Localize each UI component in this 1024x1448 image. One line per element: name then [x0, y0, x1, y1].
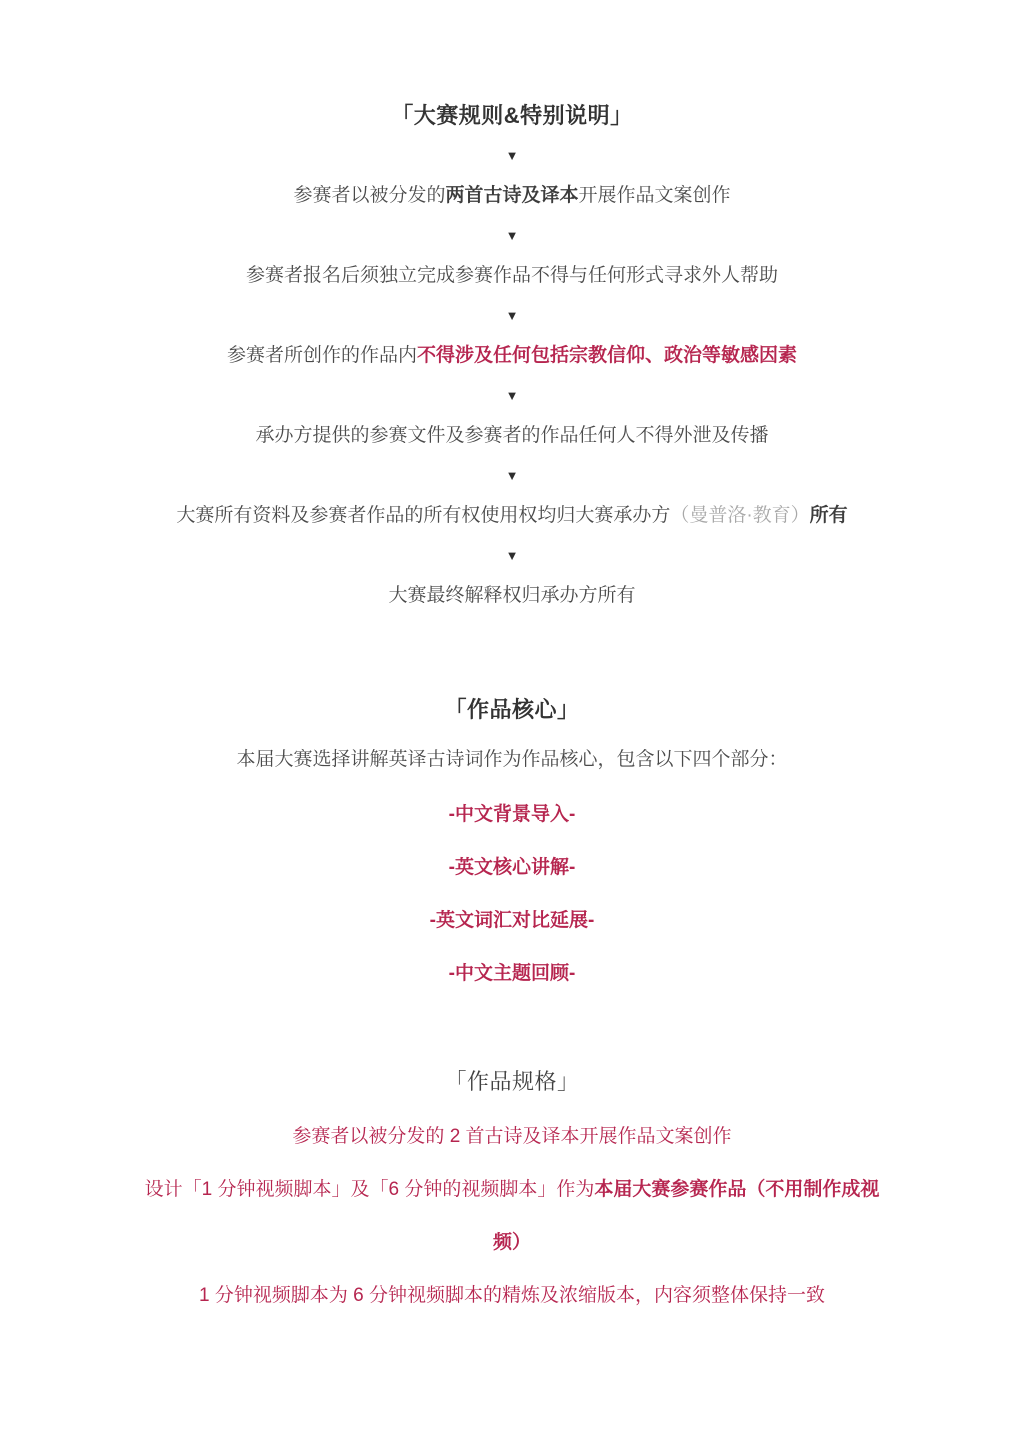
spec-line: 设计「1 分钟视频脚本」及「6 分钟的视频脚本」作为本届大赛参赛作品（不用制作成…	[132, 1163, 892, 1269]
core-item: -中文背景导入-	[132, 802, 892, 828]
rule-line: 参赛者报名后须独立完成参赛作品不得与任何形式寻求外人帮助	[132, 263, 892, 289]
rule-text-bold: 两首古诗及译本	[445, 185, 578, 206]
rule-text: 大赛所有资料及参赛者作品的所有权使用权均归大赛承办方	[176, 505, 670, 526]
rule-text-muted: （曼普洛·教育）	[670, 505, 809, 526]
down-arrow-icon: ▼	[132, 309, 892, 323]
rules-section-title: 「大赛规则&特别说明」	[132, 0, 892, 129]
spec-section-title: 「作品规格」	[132, 1069, 892, 1095]
rule-text: 大赛最终解释权归承办方所有	[388, 585, 635, 606]
rule-line: 承办方提供的参赛文件及参赛者的作品任何人不得外泄及传播	[132, 423, 892, 449]
down-arrow-icon: ▼	[132, 229, 892, 243]
core-section-title: 「作品核心」	[132, 697, 892, 723]
core-item: -英文词汇对比延展-	[132, 908, 892, 934]
rule-line: 大赛所有资料及参赛者作品的所有权使用权均归大赛承办方（曼普洛·教育）所有	[132, 503, 892, 529]
down-arrow-icon: ▼	[132, 469, 892, 483]
rule-text: 参赛者报名后须独立完成参赛作品不得与任何形式寻求外人帮助	[246, 265, 778, 286]
rule-text: 承办方提供的参赛文件及参赛者的作品任何人不得外泄及传播	[255, 425, 768, 446]
rule-text-red-bold: 不得涉及任何包括宗教信仰、政治等敏感因素	[417, 345, 797, 366]
down-arrow-icon: ▼	[132, 149, 892, 163]
down-arrow-icon: ▼	[132, 549, 892, 563]
spec-section: 「作品规格」 参赛者以被分发的 2 首古诗及译本开展作品文案创作 设计「1 分钟…	[132, 1069, 892, 1309]
rule-text: 参赛者以被分发的	[293, 185, 445, 206]
core-item: -英文核心讲解-	[132, 855, 892, 881]
article-content: 「大赛规则&特别说明」 ▼ 参赛者以被分发的两首古诗及译本开展作品文案创作 ▼ …	[132, 0, 892, 1309]
down-arrow-icon: ▼	[132, 389, 892, 403]
rules-section: 「大赛规则&特别说明」 ▼ 参赛者以被分发的两首古诗及译本开展作品文案创作 ▼ …	[132, 0, 892, 609]
spec-text: 设计「1 分钟视频脚本」及「6 分钟的视频脚本」作为	[145, 1179, 595, 1200]
core-intro-text: 本届大赛选择讲解英译古诗词作为作品核心，包含以下四个部分：	[132, 747, 892, 773]
rule-line: 参赛者所创作的作品内不得涉及任何包括宗教信仰、政治等敏感因素	[132, 343, 892, 369]
rule-text-bold: 所有	[810, 505, 848, 526]
core-item: -中文主题回顾-	[132, 961, 892, 987]
rule-text: 参赛者所创作的作品内	[227, 345, 417, 366]
rule-line: 大赛最终解释权归承办方所有	[132, 583, 892, 609]
article-page: 「大赛规则&特别说明」 ▼ 参赛者以被分发的两首古诗及译本开展作品文案创作 ▼ …	[0, 0, 1024, 1448]
rule-line: 参赛者以被分发的两首古诗及译本开展作品文案创作	[132, 183, 892, 209]
spec-line: 1 分钟视频脚本为 6 分钟视频脚本的精炼及浓缩版本，内容须整体保持一致	[132, 1283, 892, 1309]
spec-line: 参赛者以被分发的 2 首古诗及译本开展作品文案创作	[132, 1124, 892, 1150]
spec-text: 1 分钟视频脚本为 6 分钟视频脚本的精炼及浓缩版本，内容须整体保持一致	[199, 1285, 825, 1306]
core-section: 「作品核心」 本届大赛选择讲解英译古诗词作为作品核心，包含以下四个部分： -中文…	[132, 697, 892, 987]
rule-text: 开展作品文案创作	[579, 185, 731, 206]
spec-text: 参赛者以被分发的 2 首古诗及译本开展作品文案创作	[292, 1126, 731, 1147]
